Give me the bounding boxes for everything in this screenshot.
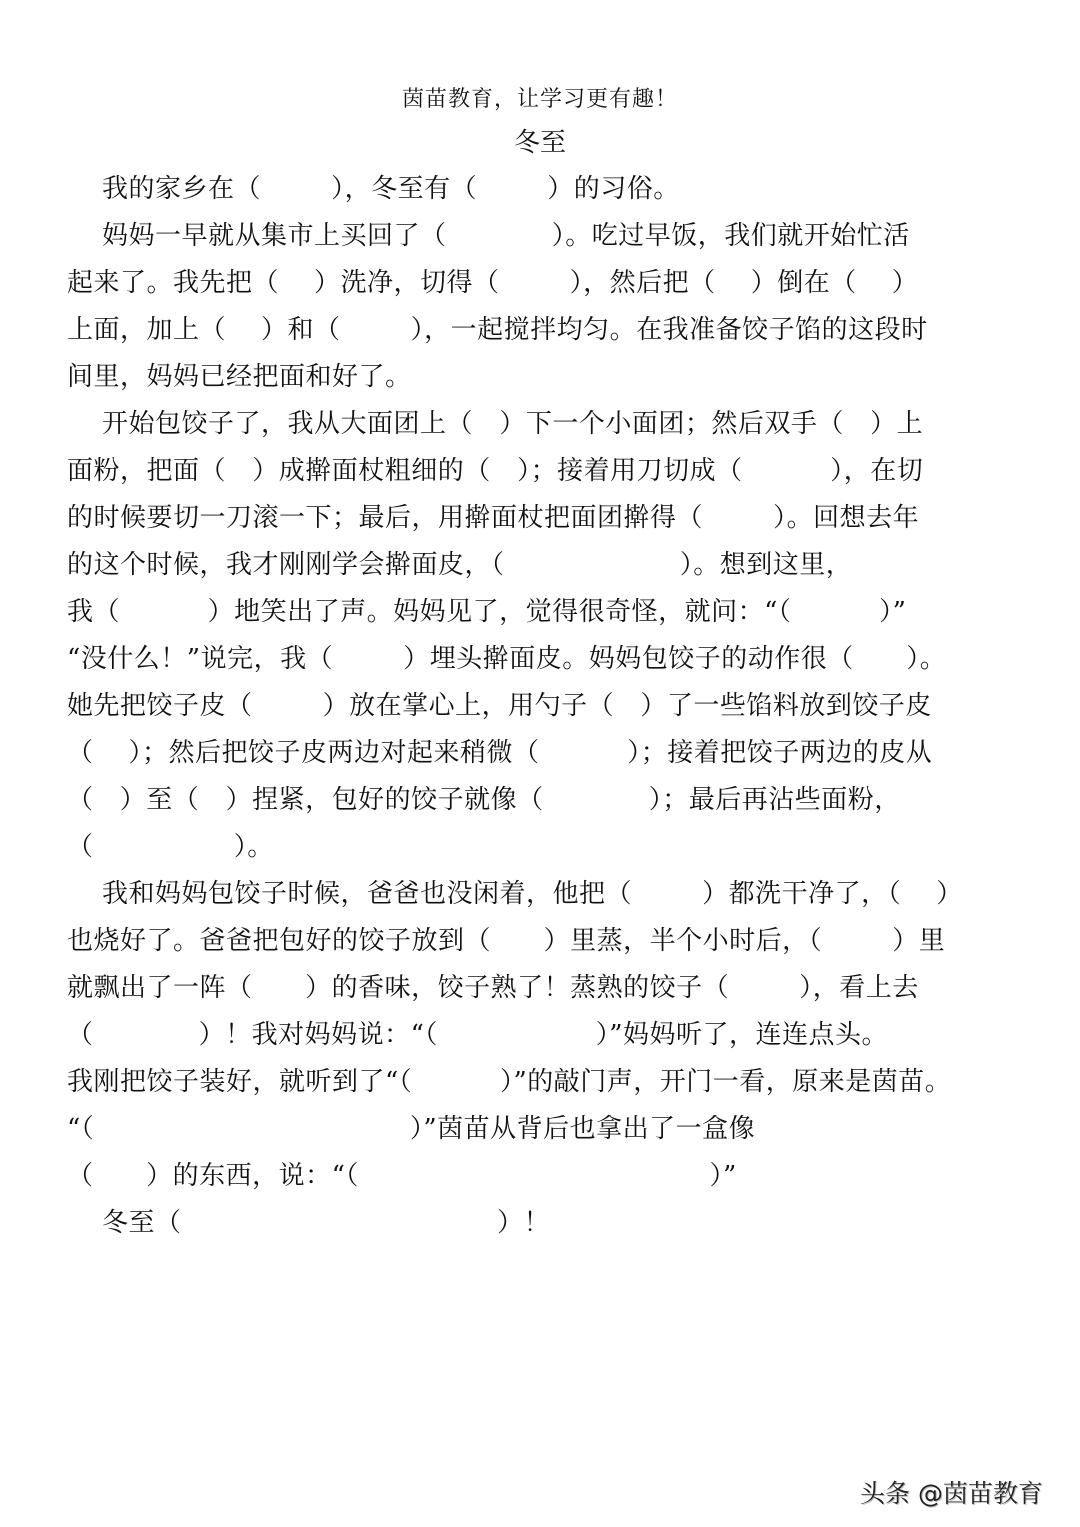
text-line: 冬至（ ）！ xyxy=(67,1206,1017,1240)
text-line: （ ）；然后把饺子皮两边对起来稍微（ ）；接着把饺子两边的皮从 xyxy=(67,736,1017,770)
text-line: “没什么！”说完，我（ ）埋头擀面皮。妈妈包饺子的动作很（ ）。 xyxy=(67,642,1017,676)
text-line: 面粉，把面（ ）成擀面杖粗细的（ ）；接着用刀切成（ ），在切 xyxy=(67,454,1017,488)
text-line: 她先把饺子皮（ ）放在掌心上，用勺子（ ）了一些馅料放到饺子皮 xyxy=(67,689,1017,723)
text-line: （ ）的东西，说：“（ ）” xyxy=(67,1159,1017,1193)
text-line: （ ）至（ ）捏紧，包好的饺子就像（ ）；最后再沾些面粉， xyxy=(67,783,1017,817)
page-title: 冬至 xyxy=(0,122,1080,159)
text-line: “（ ）”茵苗从背后也拿出了一盒像 xyxy=(67,1112,1017,1146)
text-line: 也烧好了。爸爸把包好的饺子放到（ ）里蒸，半个小时后，（ ）里 xyxy=(67,924,1017,958)
text-line: 就飘出了一阵（ ）的香味，饺子熟了！蒸熟的饺子（ ），看上去 xyxy=(67,971,1017,1005)
text-line: 的这个时候，我才刚刚学会擀面皮，（ ）。想到这里， xyxy=(67,548,1017,582)
watermark: 头条 @茵苗教育 xyxy=(860,1474,1043,1510)
text-line: 我（ ）地笑出了声。妈妈见了，觉得很奇怪，就问：“（ ）” xyxy=(67,595,1017,629)
text-line: 我和妈妈包饺子时候，爸爸也没闲着，他把（ ）都洗干净了，（ ） xyxy=(67,877,1017,911)
text-line: 起来了。我先把（ ）洗净，切得（ ），然后把（ ）倒在（ ） xyxy=(67,266,1017,300)
text-line: （ ）！我对妈妈说：“（ ）”妈妈听了，连连点头。 xyxy=(67,1018,1017,1052)
text-line: 上面，加上（ ）和（ ），一起搅拌均匀。在我准备饺子馅的这段时 xyxy=(67,313,1017,347)
text-line: 间里，妈妈已经把面和好了。 xyxy=(67,360,1017,394)
text-line: 妈妈一早就从集市上买回了（ ）。吃过早饭，我们就开始忙活 xyxy=(67,219,1017,253)
text-line: 开始包饺子了，我从大面团上（ ）下一个小面团；然后双手（ ）上 xyxy=(67,407,1017,441)
text-line: 的时候要切一刀滚一下；最后，用擀面杖把面团擀得（ ）。回想去年 xyxy=(67,501,1017,535)
text-line: （ ）。 xyxy=(67,830,1017,864)
page-header: 茵苗教育，让学习更有趣！ xyxy=(0,82,1080,113)
text-line: 我刚把饺子装好，就听到了“（ ）”的敲门声，开门一看，原来是茵苗。 xyxy=(67,1065,1017,1099)
text-line: 我的家乡在（ ），冬至有（ ）的习俗。 xyxy=(67,172,1017,206)
